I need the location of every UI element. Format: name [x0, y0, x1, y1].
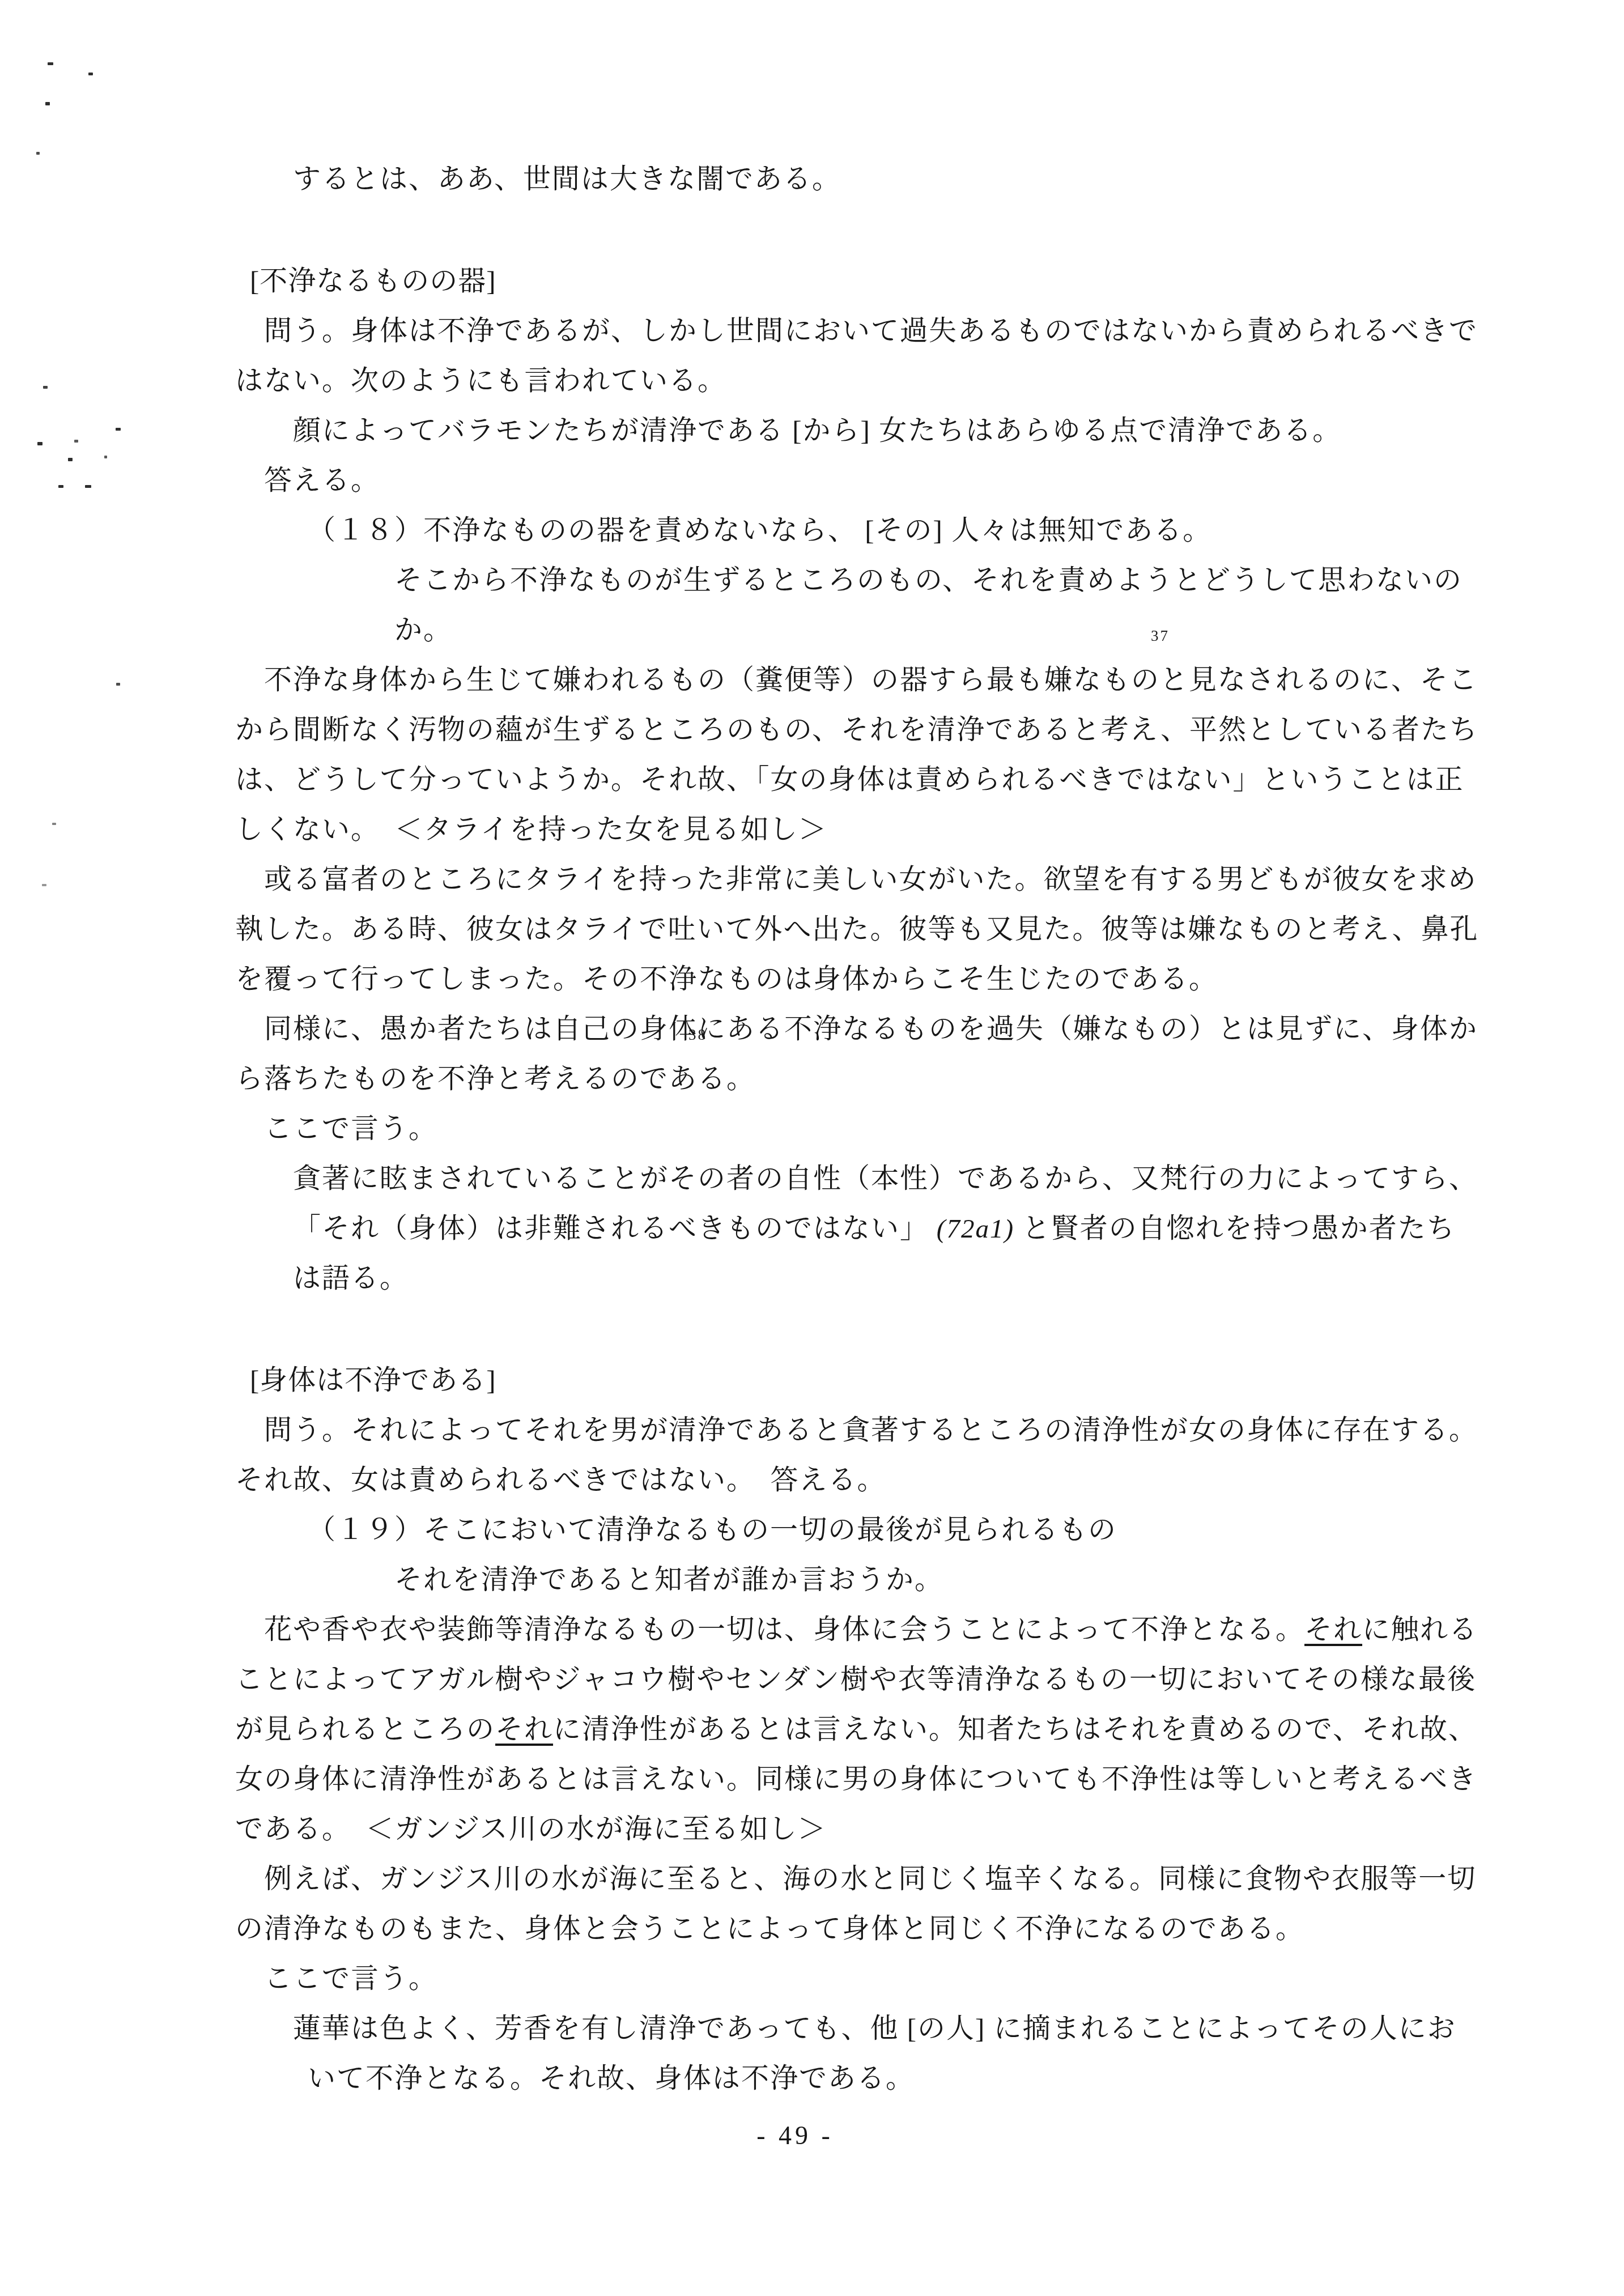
- text-run: そこから不浄なものが生ずるところのもの、それを責めようとどうして思わないの: [394, 564, 1463, 596]
- text-line: は、どうして分っていようか。それ故、「女の身体は責められるべきではない」というこ…: [235, 755, 1521, 805]
- text-line: を覆って行ってしまった。その不浄なものは身体からこそ生じたのである。: [235, 954, 1521, 1004]
- text-run: 答える。: [264, 465, 380, 496]
- text-run: いて不浄となる。それ故、身体は不浄である。: [308, 2063, 915, 2094]
- text-run: [身体は不浄である]: [250, 1364, 496, 1396]
- text-line: 例えば、ガンジス川の水が海に至ると、海の水と同じく塩辛くなる。同様に食物や衣服等…: [235, 1854, 1521, 1904]
- text-run: [不浄なるものの器]: [250, 265, 496, 296]
- text-line: 或る富者のところにタライを持った非常に美しい女がいた。欲望を有する男どもが彼女を…: [235, 854, 1521, 904]
- text-line: 問う。それによってそれを男が清浄であると貪著するところの清浄性が女の身体に存在す…: [235, 1405, 1521, 1455]
- folio-reference: (72a1): [929, 1214, 1022, 1244]
- scan-speckle: [36, 152, 40, 155]
- scan-speckle: [88, 73, 93, 75]
- scan-speckle: [48, 62, 53, 65]
- text-run: ここで言う。: [264, 1113, 437, 1144]
- text-run: ら落ちたものを不浄と考えるのであ: [235, 1063, 698, 1094]
- text-run: と賢者の自惚れを持つ愚か者たち: [1022, 1213, 1456, 1244]
- text-run: か。: [394, 614, 452, 645]
- text-run: 花や香や衣や装飾等清浄なるもの一切は、身体に会うことによって不浄となる。: [264, 1614, 1304, 1645]
- underlined-text: それ: [495, 1714, 553, 1745]
- text-run: る。: [698, 1063, 755, 1094]
- footnote-number-text: 37: [1151, 611, 1170, 661]
- text-run: が見られるところの: [235, 1714, 495, 1745]
- document-body: するとは、ああ、世間は大きな闇である。[不浄なるものの器]問う。身体は不浄である…: [235, 154, 1521, 2103]
- text-run: と見なされるのに、そこ: [1160, 664, 1478, 695]
- text-line: 執した。ある時、彼女はタライで吐いて外へ出た。彼等も又見た。彼等は嫌なものと考え…: [235, 904, 1521, 954]
- text-line: が見られるところのそれに清浄性があるとは言えない。知者たちはそれを責めるので、そ…: [235, 1704, 1521, 1754]
- text-line: それを清浄であると知者が誰か言おうか。: [235, 1555, 1521, 1605]
- text-run: に触れる: [1362, 1614, 1478, 1645]
- text-run: 同様に、愚か者たちは自己の身体にある不浄なるものを過失（嫌なもの）とは見ずに、身…: [264, 1013, 1478, 1044]
- underlined-text: それ: [1304, 1614, 1362, 1645]
- footnote-number-text: 38: [688, 1010, 707, 1060]
- text-run: （１９）そこにおいて清浄なるもの一切の最後が見られるもの: [308, 1514, 1117, 1545]
- scan-speckle: [116, 428, 121, 431]
- text-line: ことによってアガル樹やジャコウ樹やセンダン樹や衣等清浄なるもの一切においてその様…: [235, 1655, 1521, 1704]
- text-line: 蓮華は色よく、芳香を有し清浄であっても、他 [の人] に摘まれることによってその…: [235, 2004, 1521, 2053]
- text-line: の清浄なものもまた、身体と会うことによって身体と同じく不浄になるのである。: [235, 1904, 1521, 1954]
- text-line: 不浄な身体から生じて嫌われるもの（糞便等）の器すら最も嫌なもの37と見なされるの…: [235, 655, 1521, 705]
- text-line: するとは、ああ、世間は大きな闇である。: [235, 154, 1521, 204]
- scan-speckle: [74, 440, 78, 443]
- text-line: しくない。 ＜タライを持った女を見る如し＞: [235, 805, 1521, 854]
- text-run: 問う。身体は不浄であるが、しかし世間において過失あるものではないから責められるべ…: [264, 315, 1478, 346]
- section-heading: [不浄なるものの器]: [235, 256, 1521, 306]
- text-line: 同様に、愚か者たちは自己の身体にある不浄なるものを過失（嫌なもの）とは見ずに、身…: [235, 1004, 1521, 1054]
- text-line: である。 ＜ガンジス川の水が海に至る如し＞: [235, 1804, 1521, 1854]
- text-line: （１８）不浄なものの器を責めないなら、 [その] 人々は無知である。: [235, 505, 1521, 555]
- text-run: それを清浄であると知者が誰か言おうか。: [394, 1564, 943, 1595]
- text-run: の清浄なものもまた、身体と会うことによって身体と同じく不浄になるのである。: [235, 1913, 1304, 1944]
- text-line: 貪著に眩まされていることがその者の自性（本性）であるから、又梵行の力によってすら…: [235, 1154, 1521, 1204]
- text-run: 蓮華は色よく、芳香を有し清浄であっても、他 [の人] に摘まれることによってその…: [293, 2013, 1456, 2044]
- text-line: は語る。: [235, 1253, 1521, 1303]
- text-run: 「それ（身体）は非難されるべきものではない」: [293, 1213, 929, 1244]
- text-line: ここで言う。: [235, 1104, 1521, 1154]
- scan-speckle: [37, 442, 42, 445]
- text-line: 女の身体に清浄性があるとは言えない。同様に男の身体についても不浄性は等しいと考え…: [235, 1754, 1521, 1804]
- text-line: 答える。: [235, 456, 1521, 505]
- scan-speckle: [52, 823, 56, 825]
- text-line: そこから不浄なものが生ずるところのもの、それを責めようとどうして思わないの: [235, 555, 1521, 605]
- text-line: 「それ（身体）は非難されるべきものではない」 (72a1) と賢者の自惚れを持つ…: [235, 1204, 1521, 1253]
- scan-speckle: [85, 485, 91, 488]
- text-run: ここで言う。: [264, 1963, 437, 1994]
- text-run: は、どうして分っていようか。それ故、「女の身体は責められるべきではない」というこ…: [235, 764, 1464, 795]
- text-line: 花や香や衣や装飾等清浄なるもの一切は、身体に会うことによって不浄となる。それに触…: [235, 1605, 1521, 1655]
- text-line: ら落ちたものを不浄と考えるのであ38る。: [235, 1054, 1521, 1104]
- text-run: 顔によってバラモンたちが清浄である [から] 女たちはあらゆる点で清浄である。: [293, 415, 1341, 446]
- scan-speckle: [68, 458, 73, 461]
- scan-speckle: [43, 386, 48, 389]
- text-run: 貪著に眩まされていることがその者の自性（本性）であるから、又梵行の力によってすら…: [293, 1163, 1478, 1194]
- text-line: 問う。身体は不浄であるが、しかし世間において過失あるものではないから責められるべ…: [235, 306, 1521, 356]
- text-run: を覆って行ってしまった。その不浄なものは身体からこそ生じたのである。: [235, 963, 1218, 994]
- text-run: から間断なく汚物の蘊が生ずるところのもの、それを清浄であると考え、平然としている…: [235, 714, 1478, 745]
- text-run: はない。次のようにも言われている。: [235, 365, 726, 396]
- text-run: である。 ＜ガンジス川の水が海に至る如し＞: [235, 1813, 827, 1844]
- text-run: ことによってアガル樹やジャコウ樹やセンダン樹や衣等清浄なるもの一切においてその様…: [235, 1664, 1476, 1695]
- text-run: それ故、女は責められるべきではない。 答える。: [235, 1464, 886, 1495]
- text-line: はない。次のようにも言われている。: [235, 356, 1521, 406]
- scan-speckle: [58, 485, 63, 488]
- text-run: （１８）不浄なものの器を責めないなら、 [その] 人々は無知である。: [308, 515, 1211, 546]
- text-run: 女の身体に清浄性があるとは言えない。同様に男の身体についても不浄性は等しいと考え…: [235, 1763, 1477, 1795]
- text-line: か。: [235, 605, 1521, 655]
- text-run: 或る富者のところにタライを持った非常に美しい女がいた。欲望を有する男どもが彼女を…: [264, 864, 1477, 895]
- scan-speckle: [104, 456, 107, 458]
- document-page: するとは、ああ、世間は大きな闇である。[不浄なるものの器]問う。身体は不浄である…: [0, 0, 1624, 2296]
- text-run: 問う。それによってそれを男が清浄であると貪著するところの清浄性が女の身体に存在す…: [264, 1414, 1478, 1445]
- text-run: しくない。 ＜タライを持った女を見る如し＞: [235, 814, 827, 845]
- text-run: するとは、ああ、世間は大きな闇である。: [293, 163, 841, 194]
- scan-speckle: [42, 884, 46, 886]
- text-run: 不浄な身体から生じて嫌われるもの（糞便等）の器すら最も嫌なもの: [264, 664, 1160, 695]
- text-line: 顔によってバラモンたちが清浄である [から] 女たちはあらゆる点で清浄である。: [235, 406, 1521, 456]
- text-line: それ故、女は責められるべきではない。 答える。: [235, 1455, 1521, 1505]
- text-run: 執した。ある時、彼女はタライで吐いて外へ出た。彼等も又見た。彼等は嫌なものと考え…: [235, 913, 1478, 945]
- text-line: （１９）そこにおいて清浄なるもの一切の最後が見られるもの: [235, 1505, 1521, 1555]
- text-run: 例えば、ガンジス川の水が海に至ると、海の水と同じく塩辛くなる。同様に食物や衣服等…: [264, 1863, 1476, 1894]
- text-line: ここで言う。: [235, 1954, 1521, 2004]
- section-heading: [身体は不浄である]: [235, 1355, 1521, 1405]
- scan-speckle: [116, 683, 120, 686]
- text-line: いて不浄となる。それ故、身体は不浄である。: [235, 2053, 1521, 2103]
- scan-speckle: [45, 102, 50, 105]
- text-line: から間断なく汚物の蘊が生ずるところのもの、それを清浄であると考え、平然としている…: [235, 705, 1521, 755]
- text-run: に清浄性があるとは言えない。知者たちはそれを責めるので、それ故、: [553, 1714, 1477, 1745]
- page-number: - 49 -: [0, 2120, 1590, 2150]
- text-run: は語る。: [293, 1262, 409, 1294]
